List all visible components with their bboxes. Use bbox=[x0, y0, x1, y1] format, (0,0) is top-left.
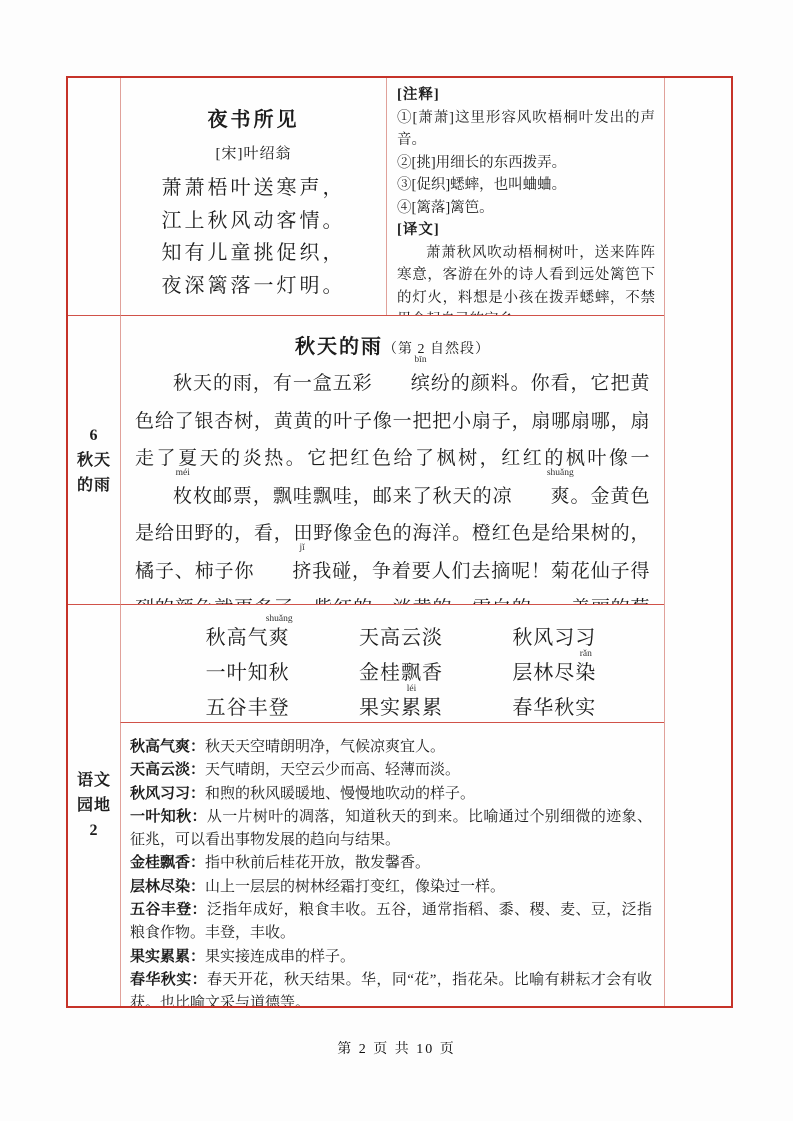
poem-line: 江上秋风动客情。 bbox=[121, 205, 386, 238]
lesson-label: 6 秋天 的雨 bbox=[68, 315, 120, 604]
translation-label: [译文] bbox=[397, 219, 655, 242]
definition-text: 从一片树叶的凋落，知道秋天的到来。比喻通过个别细微的迹象、征兆，可以看出事物发展… bbox=[130, 809, 652, 848]
definition-term: 层林尽染： bbox=[130, 879, 205, 895]
annotation-item: ②[挑]用细长的东西拨弄。 bbox=[397, 152, 655, 175]
unit-label-text: 语文 园地 2 bbox=[68, 605, 120, 1006]
definition-text: 山上一层层的树林经霜打变红，像染过一样。 bbox=[205, 879, 505, 895]
idiom: 春华秋实 bbox=[478, 691, 631, 722]
definition-item: 果实累累：果实接连成串的样子。 bbox=[130, 946, 652, 969]
pinyin: bīn bbox=[376, 355, 426, 365]
idiom: 一叶知秋 bbox=[171, 656, 324, 691]
empty-label-cell bbox=[68, 78, 120, 315]
translation-text: 萧萧秋风吹动梧桐树叶，送来阵阵寒意，客游在外的诗人看到远处篱笆下的灯火，料想是小… bbox=[397, 242, 655, 316]
poem-line: 夜深篱落一灯明。 bbox=[121, 270, 386, 303]
definition-text: 天气晴朗，天空云少而高、轻薄而淡。 bbox=[205, 762, 460, 778]
definition-term: 五谷丰登： bbox=[130, 902, 207, 918]
pinyin: léi bbox=[407, 684, 417, 694]
poem-line: 萧萧梧叶送寒声， bbox=[121, 172, 386, 205]
lesson-content-cell: 秋天的雨（第 2 自然段） 秋天的雨，有一盒五彩缤bīn纷的颜料。你看，它把黄色… bbox=[120, 315, 664, 604]
pinyin: rǎn bbox=[580, 649, 592, 659]
definition-term: 秋风习习： bbox=[130, 786, 205, 802]
definition-term: 果实累累： bbox=[130, 949, 205, 965]
definition-text: 指中秋前后桂花开放，散发馨香。 bbox=[205, 855, 430, 871]
idiom-grid: 秋高气爽shuǎng 天高云淡 秋风习习 一叶知秋 金桂飘香 层林尽染rǎn 五… bbox=[171, 621, 631, 722]
poem-line: 知有儿童挑促织， bbox=[121, 237, 386, 270]
definition-term: 春华秋实： bbox=[130, 972, 207, 988]
definition-item: 五谷丰登：泛指年成好，粮食丰收。五谷，通常指稻、黍、稷、麦、豆，泛指粮食作物。丰… bbox=[130, 899, 652, 946]
page-footer: 第 2 页 共 10 页 bbox=[0, 1038, 793, 1058]
pinyin: méi bbox=[138, 468, 190, 478]
definition-item: 一叶知秋：从一片树叶的凋落，知道秋天的到来。比喻通过个别细微的迹象、征兆，可以看… bbox=[130, 806, 652, 853]
pinyin: shuǎng bbox=[509, 468, 574, 478]
annotation-item: ③[促织]蟋蟀，也叫蛐蛐。 bbox=[397, 174, 655, 197]
idiom: 天高云淡 bbox=[324, 621, 477, 656]
definition-text: 和煦的秋风暖暖地、慢慢地吹动的样子。 bbox=[205, 786, 475, 802]
definition-term: 一叶知秋： bbox=[130, 809, 207, 825]
poem-cell: 夜书所见 [宋]叶绍翁 萧萧梧叶送寒声， 江上秋风动客情。 知有儿童挑促织， 夜… bbox=[120, 78, 386, 315]
definition-item: 秋高气爽：秋天天空晴朗明净，气候凉爽宜人。 bbox=[130, 736, 652, 759]
lesson-label-text: 6 秋天 的雨 bbox=[68, 316, 120, 604]
annotations-cell: [注释] ①[萧萧]这里形容风吹梧桐叶发出的声音。 ②[挑]用细长的东西拨弄。 … bbox=[386, 78, 664, 315]
definition-text: 果实接连成串的样子。 bbox=[205, 949, 355, 965]
definition-item: 层林尽染：山上一层层的树林经霜打变红，像染过一样。 bbox=[130, 876, 652, 899]
unit-label: 语文 园地 2 bbox=[68, 604, 120, 1006]
definition-item: 秋风习习：和煦的秋风暖暖地、慢慢地吹动的样子。 bbox=[130, 783, 652, 806]
idiom: 秋风习习 bbox=[478, 621, 631, 656]
pinyin: jǐ bbox=[261, 543, 304, 553]
idioms-cell: 秋高气爽shuǎng 天高云淡 秋风习习 一叶知秋 金桂飘香 层林尽染rǎn 五… bbox=[120, 604, 664, 722]
worksheet-table: 夜书所见 [宋]叶绍翁 萧萧梧叶送寒声， 江上秋风动客情。 知有儿童挑促织， 夜… bbox=[66, 76, 733, 1008]
lesson-paragraph: 秋天的雨，有一盒五彩缤bīn纷的颜料。你看，它把黄色给了银杏树，黄黄的叶子像一把… bbox=[135, 365, 650, 604]
idiom: 层林尽染rǎn bbox=[478, 656, 631, 691]
idiom: 果实累léi累 bbox=[324, 691, 477, 722]
annotation-item: ④[篱落]篱笆。 bbox=[397, 197, 655, 220]
definition-term: 金桂飘香： bbox=[130, 855, 205, 871]
poem-title: 夜书所见 bbox=[121, 103, 386, 132]
idiom: 金桂飘香 bbox=[324, 656, 477, 691]
definition-term: 秋高气爽： bbox=[130, 739, 205, 755]
definitions-cell: 秋高气爽：秋天天空晴朗明净，气候凉爽宜人。 天高云淡：天气晴朗，天空云少而高、轻… bbox=[120, 722, 664, 1006]
lesson-number: 6 bbox=[90, 423, 99, 448]
definition-text: 秋天天空晴朗明净，气候凉爽宜人。 bbox=[205, 739, 445, 755]
pinyin: shuǎng bbox=[266, 614, 293, 624]
definition-item: 春华秋实：春天开花，秋天结果。华，同“花”，指花朵。比喻有耕耘才会有收获。也比喻… bbox=[130, 969, 652, 1006]
definition-item: 天高云淡：天气晴朗，天空云少而高、轻薄而淡。 bbox=[130, 759, 652, 782]
annotations-label: [注释] bbox=[397, 84, 655, 107]
lesson-heading-main: 秋天的雨 bbox=[295, 336, 383, 358]
definition-text: 泛指年成好，粮食丰收。五谷，通常指稻、黍、稷、麦、豆，泛指粮食作物。丰登，丰收。 bbox=[130, 902, 652, 941]
poem-author: [宋]叶绍翁 bbox=[121, 142, 386, 163]
poem-lines: 萧萧梧叶送寒声， 江上秋风动客情。 知有儿童挑促织， 夜深篱落一灯明。 bbox=[121, 172, 386, 302]
idiom: 秋高气爽shuǎng bbox=[171, 621, 324, 656]
annotation-item: ①[萧萧]这里形容风吹梧桐叶发出的声音。 bbox=[397, 107, 655, 152]
empty-right-column bbox=[664, 78, 731, 1006]
idiom: 五谷丰登 bbox=[171, 691, 324, 722]
definition-text: 春天开花，秋天结果。华，同“花”，指花朵。比喻有耕耘才会有收获。也比喻文采与道德… bbox=[130, 972, 652, 1006]
definition-item: 金桂飘香：指中秋前后桂花开放，散发馨香。 bbox=[130, 852, 652, 875]
definition-term: 天高云淡： bbox=[130, 762, 205, 778]
